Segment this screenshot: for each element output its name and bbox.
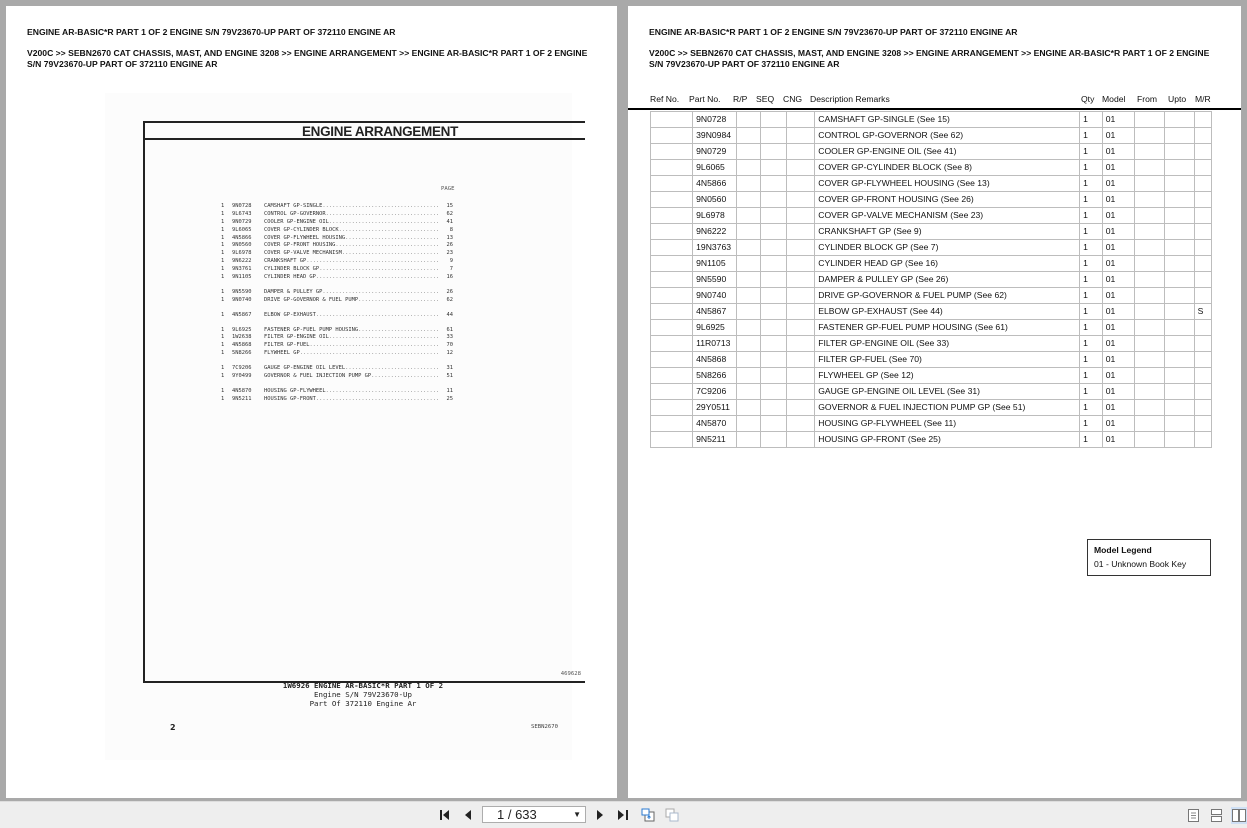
- cell-part: 9N6222: [693, 224, 737, 240]
- scan-part: 9N5211: [232, 396, 264, 404]
- scan-part: 4N5870: [232, 388, 264, 396]
- cell-qty: 1: [1080, 192, 1103, 208]
- cell-ref: [651, 416, 693, 432]
- cell-upto: [1165, 176, 1194, 192]
- cell-model: 01: [1102, 176, 1134, 192]
- table-row[interactable]: 9N6222CRANKSHAFT GP (See 9)101: [651, 224, 1212, 240]
- cell-part: 9N5590: [693, 272, 737, 288]
- scan-qty: 1: [221, 373, 232, 381]
- scan-list-item: 14N5868FILTER GP-FUEL70: [221, 342, 453, 350]
- viewer-toolbar: 1 / 633 ▼: [0, 801, 1247, 828]
- cell-rp: [737, 112, 761, 128]
- cell-desc: GOVERNOR & FUEL INJECTION PUMP GP (See 5…: [815, 400, 1080, 416]
- cell-ref: [651, 240, 693, 256]
- previous-page-button[interactable]: [460, 807, 476, 823]
- cell-upto: [1165, 352, 1194, 368]
- cell-rp: [737, 384, 761, 400]
- scan-desc: HOUSING GP-FRONT: [264, 396, 439, 404]
- table-row[interactable]: 9N0728CAMSHAFT GP-SINGLE (See 15)101: [651, 112, 1212, 128]
- scan-desc: FILTER GP-FUEL: [264, 342, 439, 350]
- cell-part: 4N5870: [693, 416, 737, 432]
- scan-qty: 1: [221, 396, 232, 404]
- scan-part: 9Y0499: [232, 373, 264, 381]
- cell-upto: [1165, 432, 1194, 448]
- cell-desc: CYLINDER HEAD GP (See 16): [815, 256, 1080, 272]
- scan-list-item: 15N8266FLYWHEEL GP12: [221, 350, 453, 358]
- document-page-right: ENGINE AR-BASIC*R PART 1 OF 2 ENGINE S/N…: [628, 6, 1241, 798]
- cell-seq: [761, 288, 787, 304]
- scan-page: 51: [439, 373, 453, 381]
- scan-qty: 1: [221, 388, 232, 396]
- go-forward-view-button[interactable]: [664, 807, 680, 823]
- cell-seq: [761, 272, 787, 288]
- cell-from: [1135, 416, 1165, 432]
- cell-rp: [737, 272, 761, 288]
- model-legend-title: Model Legend: [1094, 543, 1204, 557]
- table-row[interactable]: 4N5870HOUSING GP-FLYWHEEL (See 11)101: [651, 416, 1212, 432]
- cell-cng: [787, 160, 815, 176]
- cell-upto: [1165, 272, 1194, 288]
- cell-seq: [761, 192, 787, 208]
- table-row[interactable]: 4N5866COVER GP-FLYWHEEL HOUSING (See 13)…: [651, 176, 1212, 192]
- document-page-left: ENGINE AR-BASIC*R PART 1 OF 2 ENGINE S/N…: [6, 6, 617, 798]
- breadcrumb: V200C >> SEBN2670 CAT CHASSIS, MAST, AND…: [27, 48, 602, 70]
- cell-upto: [1165, 256, 1194, 272]
- scan-page: 31: [439, 365, 453, 373]
- cell-part: 9N5211: [693, 432, 737, 448]
- cell-mr: [1194, 160, 1211, 176]
- table-row[interactable]: 9L6925FASTENER GP-FUEL PUMP HOUSING (See…: [651, 320, 1212, 336]
- scan-qty: 1: [221, 219, 232, 227]
- table-row[interactable]: 9L6978COVER GP-VALVE MECHANISM (See 23)1…: [651, 208, 1212, 224]
- cell-model: 01: [1102, 416, 1134, 432]
- cell-model: 01: [1102, 256, 1134, 272]
- table-row[interactable]: 39N0984CONTROL GP-GOVERNOR (See 62)101: [651, 128, 1212, 144]
- col-upto: Upto: [1168, 94, 1186, 104]
- cell-part: 7C9206: [693, 384, 737, 400]
- cell-rp: [737, 192, 761, 208]
- scan-list-item: 19L6978COVER GP-VALVE MECHANISM23: [221, 250, 453, 258]
- cell-seq: [761, 432, 787, 448]
- cell-rp: [737, 176, 761, 192]
- col-ref-no: Ref No.: [650, 94, 679, 104]
- cell-model: 01: [1102, 224, 1134, 240]
- col-qty: Qty: [1081, 94, 1094, 104]
- cell-part: 39N0984: [693, 128, 737, 144]
- cell-cng: [787, 416, 815, 432]
- cell-seq: [761, 112, 787, 128]
- cell-ref: [651, 432, 693, 448]
- cell-rp: [737, 256, 761, 272]
- cell-upto: [1165, 192, 1194, 208]
- cell-part: 5N8266: [693, 368, 737, 384]
- scan-list-item: 17C9206GAUGE GP-ENGINE OIL LEVEL31: [221, 365, 453, 373]
- cell-upto: [1165, 128, 1194, 144]
- cell-mr: [1194, 416, 1211, 432]
- cell-qty: 1: [1080, 384, 1103, 400]
- scan-page: 26: [439, 242, 453, 250]
- scan-list-item: 19L6065COVER GP-CYLINDER BLOCK8: [221, 227, 453, 235]
- scan-desc: DAMPER & PULLEY GP: [264, 289, 439, 297]
- scan-part: 9N6222: [232, 258, 264, 266]
- table-row[interactable]: 7C9206GAUGE GP-ENGINE OIL LEVEL (See 31)…: [651, 384, 1212, 400]
- facing-pages-view-button[interactable]: [1231, 807, 1247, 824]
- cell-seq: [761, 176, 787, 192]
- scan-desc: FASTENER GP-FUEL PUMP HOUSING: [264, 327, 439, 335]
- scan-ref-number: 469628: [561, 671, 581, 677]
- cell-desc: FILTER GP-FUEL (See 70): [815, 352, 1080, 368]
- cell-upto: [1165, 144, 1194, 160]
- scan-list-item: 19N0729COOLER GP-ENGINE OIL41: [221, 219, 453, 227]
- chevron-down-icon: ▼: [573, 807, 581, 822]
- scan-part: 4N5867: [232, 312, 264, 320]
- cell-cng: [787, 192, 815, 208]
- cell-qty: 1: [1080, 272, 1103, 288]
- cell-cng: [787, 384, 815, 400]
- scan-caption-line: Part Of 372110 Engine Ar: [143, 699, 583, 708]
- scan-page: 25: [439, 396, 453, 404]
- scan-qty: 1: [221, 350, 232, 358]
- cell-desc: DAMPER & PULLEY GP (See 26): [815, 272, 1080, 288]
- cell-mr: [1194, 272, 1211, 288]
- cell-rp: [737, 288, 761, 304]
- cell-qty: 1: [1080, 288, 1103, 304]
- cell-seq: [761, 400, 787, 416]
- cell-desc: FILTER GP-ENGINE OIL (See 33): [815, 336, 1080, 352]
- cell-from: [1135, 192, 1165, 208]
- scan-part: 9N3761: [232, 266, 264, 274]
- scan-frame: ENGINE ARRANGEMENT PAGE 19N0728CAMSHAFT …: [143, 121, 585, 683]
- scan-part: 9L6743: [232, 211, 264, 219]
- scan-desc: FLYWHEEL GP: [264, 350, 439, 358]
- col-seq: SEQ: [756, 94, 774, 104]
- cell-part: 29Y0511: [693, 400, 737, 416]
- cell-desc: ELBOW GP-EXHAUST (See 44): [815, 304, 1080, 320]
- scan-desc: COVER GP-VALVE MECHANISM: [264, 250, 439, 258]
- next-page-button[interactable]: [592, 807, 608, 823]
- cell-ref: [651, 256, 693, 272]
- cell-cng: [787, 320, 815, 336]
- cell-mr: [1194, 384, 1211, 400]
- table-row[interactable]: 9N5590DAMPER & PULLEY GP (See 26)101: [651, 272, 1212, 288]
- cell-seq: [761, 224, 787, 240]
- table-row[interactable]: 9L6065COVER GP-CYLINDER BLOCK (See 8)101: [651, 160, 1212, 176]
- scan-doc-id: SEBN2670: [531, 724, 558, 730]
- scan-page: 62: [439, 211, 453, 219]
- col-mr: M/R: [1195, 94, 1211, 104]
- scan-desc: CAMSHAFT GP-SINGLE: [264, 203, 439, 211]
- scan-list-item: 19N0560COVER GP-FRONT HOUSING26: [221, 242, 453, 250]
- cell-cng: [787, 432, 815, 448]
- model-legend: Model Legend 01 - Unknown Book Key: [1087, 539, 1211, 576]
- cell-part: 9L6978: [693, 208, 737, 224]
- cell-mr: S: [1194, 304, 1211, 320]
- next-page-icon: [595, 809, 605, 821]
- single-page-view-button[interactable]: [1188, 809, 1199, 822]
- cell-seq: [761, 320, 787, 336]
- cell-seq: [761, 384, 787, 400]
- scan-qty: 1: [221, 211, 232, 219]
- cell-model: 01: [1102, 208, 1134, 224]
- cell-qty: 1: [1080, 416, 1103, 432]
- last-page-button[interactable]: [615, 807, 631, 823]
- cell-mr: [1194, 336, 1211, 352]
- table-row[interactable]: 9N0740DRIVE GP-GOVERNOR & FUEL PUMP (See…: [651, 288, 1212, 304]
- scan-caption: 1W6926 ENGINE AR-BASIC*R PART 1 OF 2 Eng…: [143, 681, 583, 708]
- scan-page: 9: [439, 258, 453, 266]
- table-row[interactable]: 4N5868FILTER GP-FUEL (See 70)101: [651, 352, 1212, 368]
- scan-qty: 1: [221, 266, 232, 274]
- table-row[interactable]: 19N3763CYLINDER BLOCK GP (See 7)101: [651, 240, 1212, 256]
- cell-desc: HOUSING GP-FRONT (See 25): [815, 432, 1080, 448]
- cell-qty: 1: [1080, 368, 1103, 384]
- cell-desc: COVER GP-FRONT HOUSING (See 26): [815, 192, 1080, 208]
- scan-page: 62: [439, 297, 453, 305]
- cell-qty: 1: [1080, 400, 1103, 416]
- scan-page: 61: [439, 327, 453, 335]
- cell-cng: [787, 208, 815, 224]
- cell-desc: COOLER GP-ENGINE OIL (See 41): [815, 144, 1080, 160]
- scan-list-item: 19N1105CYLINDER HEAD GP16: [221, 274, 453, 282]
- cell-from: [1135, 432, 1165, 448]
- cell-seq: [761, 160, 787, 176]
- cell-desc: COVER GP-FLYWHEEL HOUSING (See 13): [815, 176, 1080, 192]
- cell-from: [1135, 208, 1165, 224]
- scan-page: 23: [439, 250, 453, 258]
- continuous-view-icon: [1211, 809, 1222, 822]
- cell-qty: 1: [1080, 304, 1103, 320]
- parts-table: 9N0728CAMSHAFT GP-SINGLE (See 15)10139N0…: [650, 111, 1212, 448]
- cell-from: [1135, 160, 1165, 176]
- cell-qty: 1: [1080, 256, 1103, 272]
- scan-list-item: 14N5870HOUSING GP-FLYWHEEL11: [221, 388, 453, 396]
- scan-qty: 1: [221, 203, 232, 211]
- cell-part: 4N5866: [693, 176, 737, 192]
- cell-mr: [1194, 176, 1211, 192]
- cell-model: 01: [1102, 304, 1134, 320]
- col-part-no: Part No.: [689, 94, 721, 104]
- cell-mr: [1194, 192, 1211, 208]
- cell-upto: [1165, 288, 1194, 304]
- cell-cng: [787, 176, 815, 192]
- cell-model: 01: [1102, 432, 1134, 448]
- cell-qty: 1: [1080, 336, 1103, 352]
- scan-part: 4N5868: [232, 342, 264, 350]
- scan-list-item: 19N6222CRANKSHAFT GP9: [221, 258, 453, 266]
- cell-rp: [737, 400, 761, 416]
- cell-ref: [651, 384, 693, 400]
- col-model: Model: [1102, 94, 1125, 104]
- cell-from: [1135, 400, 1165, 416]
- scan-part: 7C9206: [232, 365, 264, 373]
- cell-rp: [737, 224, 761, 240]
- scan-page: 33: [439, 334, 453, 342]
- scan-part: 9N0728: [232, 203, 264, 211]
- scan-part: 9N0729: [232, 219, 264, 227]
- cell-qty: 1: [1080, 176, 1103, 192]
- scan-list-item: 19Y0499GOVERNOR & FUEL INJECTION PUMP GP…: [221, 373, 453, 381]
- table-row[interactable]: 11R0713FILTER GP-ENGINE OIL (See 33)101: [651, 336, 1212, 352]
- cell-seq: [761, 304, 787, 320]
- scan-parts-list: 19N0728CAMSHAFT GP-SINGLE1519L6743CONTRO…: [221, 203, 453, 404]
- cell-mr: [1194, 112, 1211, 128]
- cell-from: [1135, 304, 1165, 320]
- table-row[interactable]: 9N5211HOUSING GP-FRONT (See 25)101: [651, 432, 1212, 448]
- scan-page: 26: [439, 289, 453, 297]
- cell-cng: [787, 240, 815, 256]
- cell-qty: 1: [1080, 224, 1103, 240]
- scan-page: 44: [439, 312, 453, 320]
- first-page-icon: [439, 809, 453, 821]
- scan-desc: DRIVE GP-GOVERNOR & FUEL PUMP: [264, 297, 439, 305]
- cell-qty: 1: [1080, 352, 1103, 368]
- cell-from: [1135, 352, 1165, 368]
- cell-model: 01: [1102, 352, 1134, 368]
- col-rp: R/P: [733, 94, 747, 104]
- cell-seq: [761, 336, 787, 352]
- previous-page-icon: [463, 809, 473, 821]
- scan-list-item: 19N5590DAMPER & PULLEY GP26: [221, 289, 453, 297]
- scan-desc: COVER GP-FRONT HOUSING: [264, 242, 439, 250]
- cell-from: [1135, 224, 1165, 240]
- table-row[interactable]: 9N0560COVER GP-FRONT HOUSING (See 26)101: [651, 192, 1212, 208]
- cell-rp: [737, 128, 761, 144]
- cell-upto: [1165, 208, 1194, 224]
- cell-rp: [737, 336, 761, 352]
- cell-desc: CRANKSHAFT GP (See 9): [815, 224, 1080, 240]
- page-number-select[interactable]: 1 / 633 ▼: [482, 806, 586, 823]
- cell-desc: GAUGE GP-ENGINE OIL LEVEL (See 31): [815, 384, 1080, 400]
- scan-qty: 1: [221, 250, 232, 258]
- scan-title: ENGINE ARRANGEMENT: [145, 123, 585, 140]
- scan-qty: 1: [221, 365, 232, 373]
- first-page-button[interactable]: [438, 807, 454, 823]
- scan-desc: HOUSING GP-FLYWHEEL: [264, 388, 439, 396]
- cell-cng: [787, 368, 815, 384]
- cell-rp: [737, 240, 761, 256]
- cell-seq: [761, 368, 787, 384]
- col-cng: CNG: [783, 94, 802, 104]
- scan-page-label: PAGE: [441, 186, 454, 192]
- cell-ref: [651, 304, 693, 320]
- go-forward-view-icon: [664, 807, 680, 823]
- table-row[interactable]: 9N0729COOLER GP-ENGINE OIL (See 41)101: [651, 144, 1212, 160]
- scan-page: 13: [439, 235, 453, 243]
- cell-desc: COVER GP-CYLINDER BLOCK (See 8): [815, 160, 1080, 176]
- cell-cng: [787, 352, 815, 368]
- cell-part: 9N0560: [693, 192, 737, 208]
- scan-part: 4N5866: [232, 235, 264, 243]
- continuous-view-button[interactable]: [1211, 809, 1222, 822]
- col-from: From: [1137, 94, 1157, 104]
- cell-mr: [1194, 320, 1211, 336]
- cell-mr: [1194, 208, 1211, 224]
- cell-upto: [1165, 320, 1194, 336]
- table-row[interactable]: 29Y0511GOVERNOR & FUEL INJECTION PUMP GP…: [651, 400, 1212, 416]
- scan-qty: 1: [221, 235, 232, 243]
- table-row[interactable]: 4N5867ELBOW GP-EXHAUST (See 44)101S: [651, 304, 1212, 320]
- scan-list-item: 14N5867ELBOW GP-EXHAUST44: [221, 312, 453, 320]
- cell-ref: [651, 400, 693, 416]
- scan-list-item: 19L6925FASTENER GP-FUEL PUMP HOUSING61: [221, 327, 453, 335]
- scan-desc: CRANKSHAFT GP: [264, 258, 439, 266]
- scan-part: 1W2638: [232, 334, 264, 342]
- cell-mr: [1194, 240, 1211, 256]
- cell-cng: [787, 112, 815, 128]
- scan-desc: CONTROL GP-GOVERNOR: [264, 211, 439, 219]
- cell-desc: COVER GP-VALVE MECHANISM (See 23): [815, 208, 1080, 224]
- scan-part: 9L6978: [232, 250, 264, 258]
- cell-rp: [737, 432, 761, 448]
- cell-from: [1135, 144, 1165, 160]
- cell-desc: HOUSING GP-FLYWHEEL (See 11): [815, 416, 1080, 432]
- cell-rp: [737, 208, 761, 224]
- cell-seq: [761, 128, 787, 144]
- cell-mr: [1194, 288, 1211, 304]
- cell-cng: [787, 288, 815, 304]
- cell-upto: [1165, 368, 1194, 384]
- go-back-view-button[interactable]: [640, 807, 656, 823]
- cell-mr: [1194, 128, 1211, 144]
- cell-qty: 1: [1080, 240, 1103, 256]
- scan-page: 16: [439, 274, 453, 282]
- cell-seq: [761, 416, 787, 432]
- cell-part: 11R0713: [693, 336, 737, 352]
- cell-desc: FLYWHEEL GP (See 12): [815, 368, 1080, 384]
- page-title: ENGINE AR-BASIC*R PART 1 OF 2 ENGINE S/N…: [27, 27, 396, 37]
- table-row[interactable]: 9N1105CYLINDER HEAD GP (See 16)101: [651, 256, 1212, 272]
- cell-part: 9N0740: [693, 288, 737, 304]
- col-description: Description Remarks: [810, 94, 890, 104]
- cell-model: 01: [1102, 272, 1134, 288]
- cell-cng: [787, 400, 815, 416]
- model-legend-entry: 01 - Unknown Book Key: [1094, 557, 1204, 571]
- cell-from: [1135, 384, 1165, 400]
- table-row[interactable]: 5N8266FLYWHEEL GP (See 12)101: [651, 368, 1212, 384]
- page-title: ENGINE AR-BASIC*R PART 1 OF 2 ENGINE S/N…: [649, 27, 1018, 37]
- scan-part: 9N1105: [232, 274, 264, 282]
- cell-mr: [1194, 256, 1211, 272]
- scan-qty: 1: [221, 274, 232, 282]
- cell-ref: [651, 352, 693, 368]
- cell-mr: [1194, 144, 1211, 160]
- cell-model: 01: [1102, 128, 1134, 144]
- page-number-value: 1 / 633: [497, 807, 537, 822]
- scan-desc: COOLER GP-ENGINE OIL: [264, 219, 439, 227]
- cell-model: 01: [1102, 112, 1134, 128]
- cell-from: [1135, 256, 1165, 272]
- cell-part: 9N0729: [693, 144, 737, 160]
- cell-rp: [737, 368, 761, 384]
- cell-qty: 1: [1080, 144, 1103, 160]
- cell-ref: [651, 208, 693, 224]
- scan-caption-line: 1W6926 ENGINE AR-BASIC*R PART 1 OF 2: [143, 681, 583, 690]
- cell-cng: [787, 256, 815, 272]
- scan-qty: 1: [221, 334, 232, 342]
- cell-ref: [651, 176, 693, 192]
- scan-qty: 1: [221, 227, 232, 235]
- cell-cng: [787, 144, 815, 160]
- cell-upto: [1165, 112, 1194, 128]
- scan-desc: COVER GP-CYLINDER BLOCK: [264, 227, 439, 235]
- scan-list-item: 19N0728CAMSHAFT GP-SINGLE15: [221, 203, 453, 211]
- scan-caption-line: Engine S/N 79V23670-Up: [143, 690, 583, 699]
- cell-from: [1135, 288, 1165, 304]
- scan-qty: 1: [221, 342, 232, 350]
- cell-rp: [737, 144, 761, 160]
- cell-mr: [1194, 400, 1211, 416]
- cell-desc: DRIVE GP-GOVERNOR & FUEL PUMP (See 62): [815, 288, 1080, 304]
